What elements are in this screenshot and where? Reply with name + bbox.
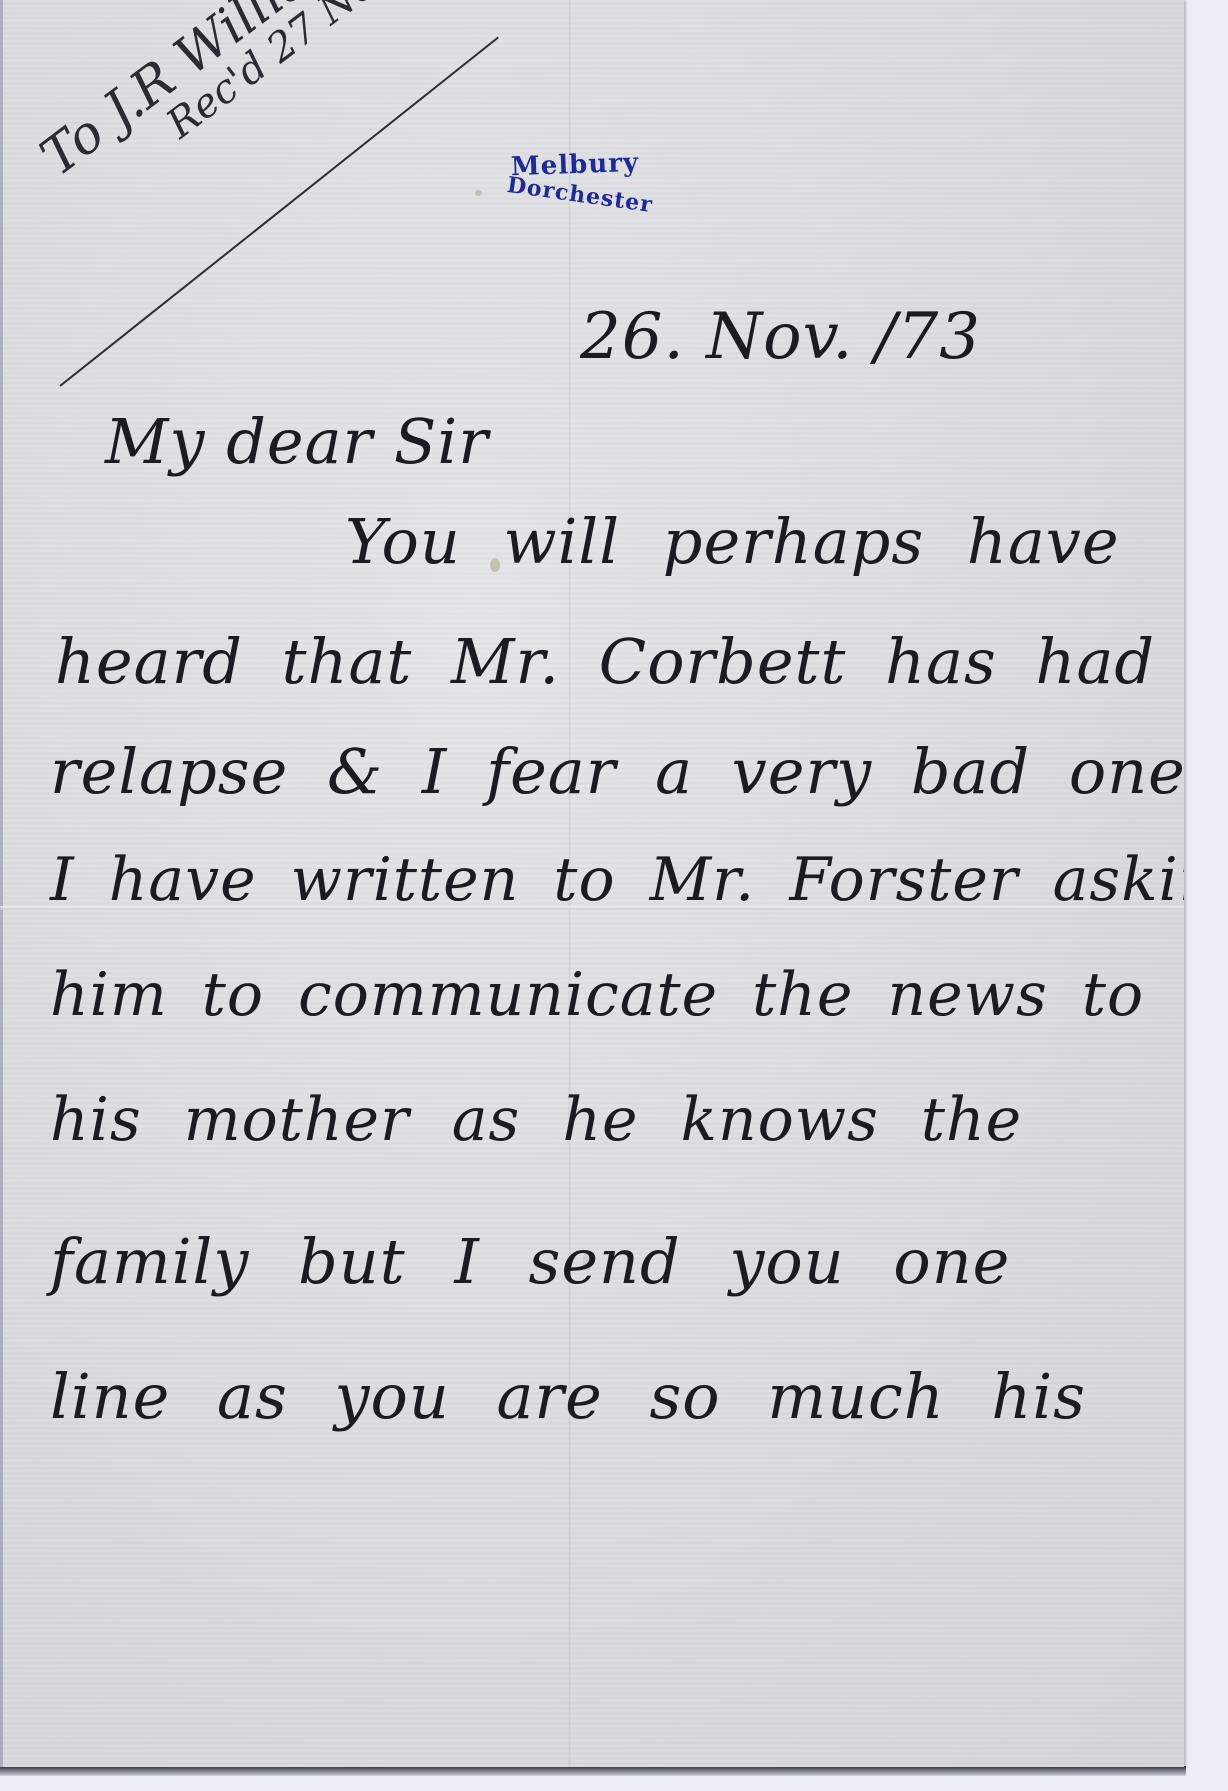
letter-date: 26. Nov. /73 [580, 300, 981, 374]
body-line: I have written to Mr. Forster asking [50, 845, 1184, 915]
body-line: line as you are so much his [50, 1360, 1086, 1433]
body-line: him to communicate the news to [50, 960, 1144, 1030]
body-line: his mother as he knows the [50, 1085, 1022, 1155]
paper-left-edge [0, 0, 3, 1767]
recipient-annotation: To J.R Williams Rec'd 27 Nov [30, 0, 404, 220]
paper-stain [475, 190, 482, 196]
letter-page: To J.R Williams Rec'd 27 Nov Melbury Dor… [0, 0, 1184, 1767]
salutation: My dear Sir [105, 405, 489, 478]
letterhead-stamp: Melbury Dorchester [490, 150, 660, 208]
body-line: relapse & I fear a very bad one. [50, 735, 1184, 808]
body-line: family but I send you one [50, 1225, 1010, 1298]
paper-shadow [0, 1766, 1186, 1776]
body-line: heard that Mr. Corbett has had a [55, 625, 1184, 698]
body-line: You will perhaps have [345, 505, 1120, 578]
